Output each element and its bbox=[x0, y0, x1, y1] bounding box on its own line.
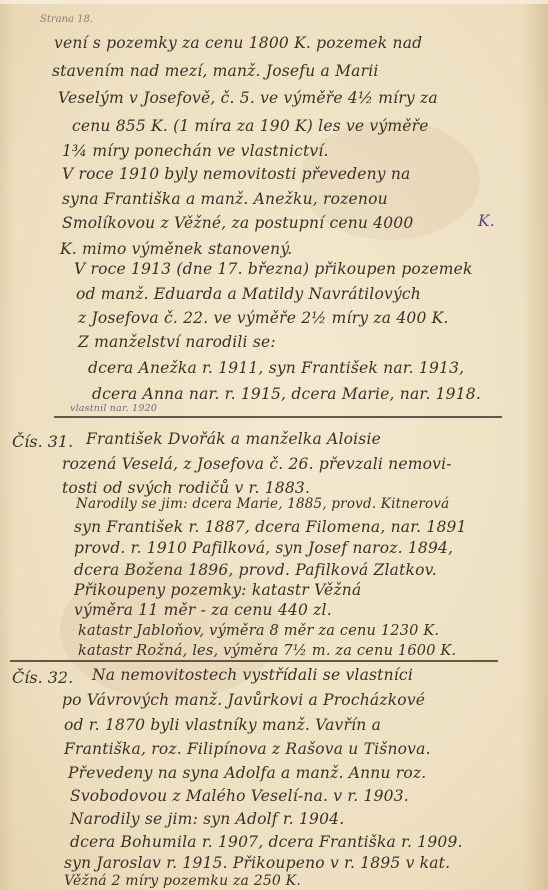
text-line: dcera Bohumila r. 1907, dcera Františka … bbox=[70, 835, 463, 851]
text-line: po Vávrových manž. Javůrkovi a Procházko… bbox=[62, 693, 425, 709]
text-line: Narodily se jim: dcera Marie, 1885, prov… bbox=[76, 498, 449, 512]
margin-note: vlastnil nar. 1920 bbox=[70, 404, 157, 414]
section-divider bbox=[54, 416, 502, 418]
text-line: Smolíkovou z Věžné, za postupní cenu 400… bbox=[62, 216, 413, 232]
entry-number-32: Čís. 32. bbox=[12, 668, 73, 687]
text-line: katastr Jabloňov, výměra 8 měr za cenu 1… bbox=[78, 624, 439, 639]
text-line: 1¾ míry ponechán ve vlastnictví. bbox=[62, 144, 329, 160]
text-line: od manž. Eduarda a Matildy Navrátilových bbox=[76, 287, 421, 303]
document-page: Strana 18. vení s pozemky za cenu 1800 K… bbox=[0, 0, 548, 890]
section-divider bbox=[10, 660, 498, 662]
text-line: od r. 1870 byli vlastníky manž. Vavřín a bbox=[64, 718, 381, 734]
entry-number-31: Čís. 31. bbox=[12, 432, 73, 451]
text-line: stavením nad mezí, manž. Josefu a Marii bbox=[52, 64, 379, 80]
text-line: Z manželství narodili se: bbox=[78, 335, 276, 351]
text-line: Přikoupeny pozemky: katastr Věžná bbox=[74, 583, 361, 599]
text-line: katastr Rožná, les, výměra 7½ m. za cenu… bbox=[78, 644, 456, 659]
text-line: vení s pozemky za cenu 1800 K. pozemek n… bbox=[54, 36, 422, 52]
text-line: syn Jaroslav r. 1915. Přikoupeno v r. 18… bbox=[64, 856, 450, 872]
text-line: Svobodovou z Malého Veselí-na. v r. 1903… bbox=[70, 789, 409, 805]
text-line: Narodily se jim: syn Adolf r. 1904. bbox=[70, 812, 344, 828]
text-line: tosti od svých rodičů v r. 1883. bbox=[62, 481, 310, 497]
page-number: Strana 18. bbox=[40, 14, 93, 25]
text-line: dcera Anna nar. r. 1915, dcera Marie, na… bbox=[92, 387, 481, 403]
text-line: Převedeny na syna Adolfa a manž. Annu ro… bbox=[68, 766, 426, 782]
correction-annotation: K. bbox=[478, 214, 495, 230]
text-line: V roce 1913 (dne 17. března) přikoupen p… bbox=[74, 262, 473, 278]
text-line: Veselým v Josefově, č. 5. ve výměře 4½ m… bbox=[58, 91, 438, 107]
text-line: V roce 1910 byly nemovitosti převedeny n… bbox=[62, 167, 410, 183]
text-line: Věžná 2 míry pozemku za 250 K. bbox=[64, 874, 301, 888]
text-line: dcera Božena 1896, provd. Pafilková Zlat… bbox=[74, 563, 437, 579]
text-line: cenu 855 K. (1 míra za 190 K) les ve vým… bbox=[72, 119, 429, 135]
text-line: Na nemovitostech vystřídali se vlastníci bbox=[92, 668, 413, 684]
text-line: z Josefova č. 22. ve výměře 2½ míry za 4… bbox=[78, 311, 449, 327]
text-line: syna Františka a manž. Anežku, rozenou bbox=[62, 192, 388, 208]
text-line: dcera Anežka r. 1911, syn František nar.… bbox=[88, 361, 464, 377]
text-line: František Dvořák a manželka Aloisie bbox=[86, 432, 381, 448]
text-line: provd. r. 1910 Pafilková, syn Josef naro… bbox=[74, 541, 453, 557]
text-line: Františka, roz. Filipínova z Rašova u Ti… bbox=[64, 742, 431, 758]
text-line: K. mimo výměnek stanovený. bbox=[60, 242, 292, 258]
text-line: výměra 11 měr - za cenu 440 zl. bbox=[74, 603, 332, 619]
text-line: rozená Veselá, z Josefova č. 26. převzal… bbox=[62, 457, 452, 473]
text-line: syn František r. 1887, dcera Filomena, n… bbox=[74, 520, 467, 536]
